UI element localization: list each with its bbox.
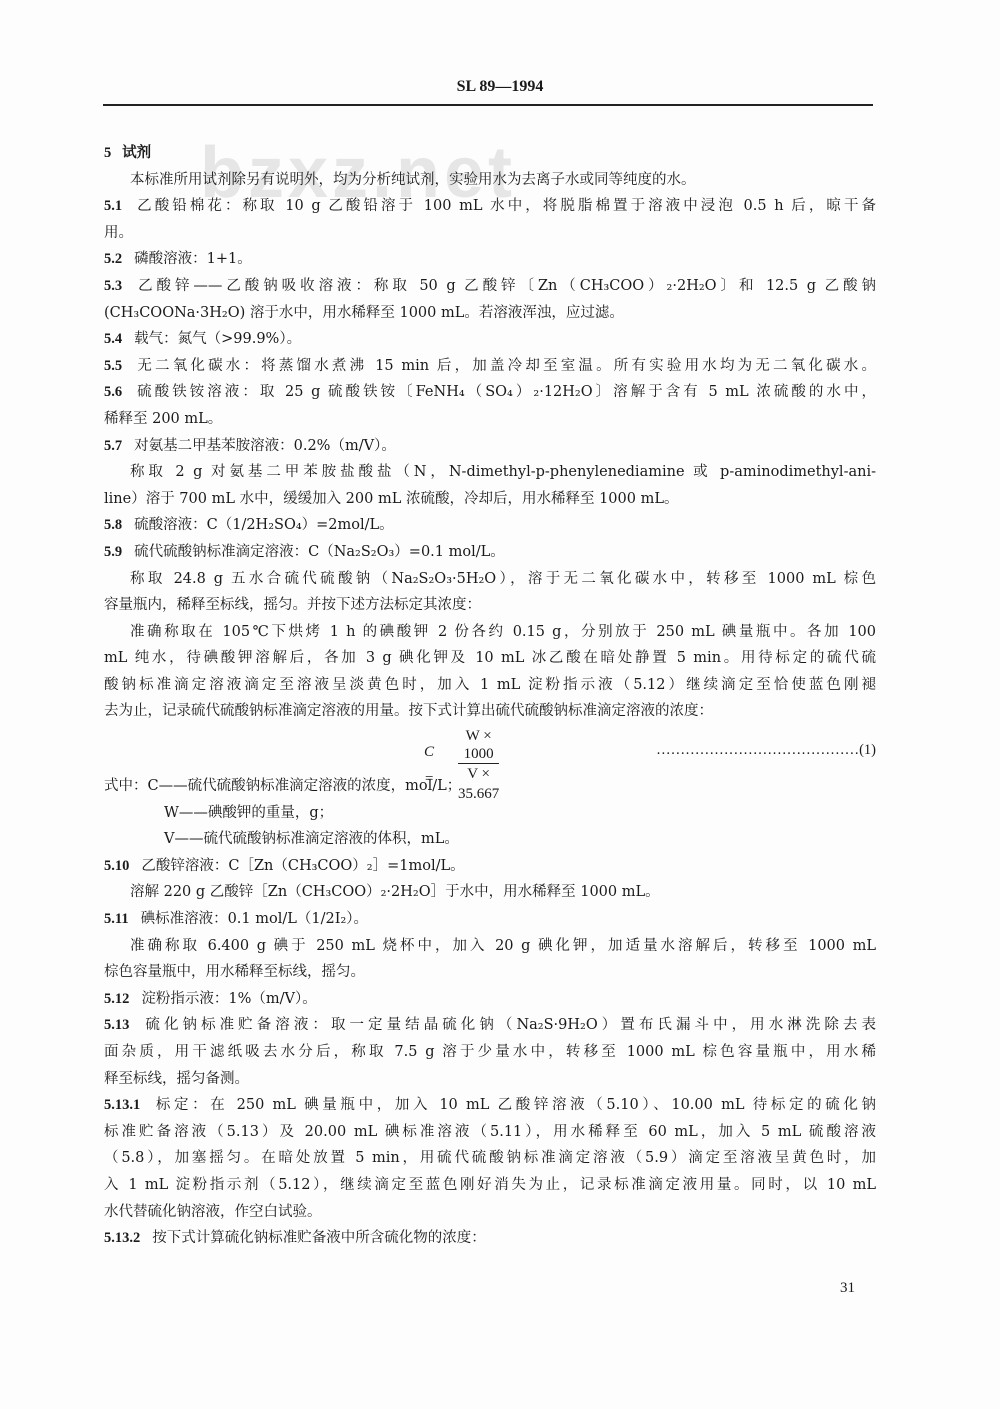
text-line: 准确称取在 105℃下烘烤 1 h 的碘酸钾 2 份各约 0.15 g，分别放于… [104, 619, 876, 646]
line-text: W——碘酸钾的重量，g； [164, 805, 333, 821]
formula-lhs: C = [424, 739, 434, 792]
line-text: 容量瓶内，稀释至标线，摇匀。并按下述方法标定其浓度： [104, 597, 481, 613]
document-body: 5 试剂 本标准所用试剂除另有说明外，均为分析纯试剂，实验用水为去离子水或同等纯… [104, 140, 876, 1252]
section-heading: 5 试剂 [104, 140, 876, 167]
text-line: 标准贮备溶液（5.13）及 20.00 mL 碘标准溶液（5.11），用水稀释至… [104, 1119, 876, 1146]
text-line: 准确称取 6.400 g 碘于 250 mL 烧杯中，加入 20 g 碘化钾，加… [104, 933, 876, 960]
text-line: V——硫代硫酸钠标准滴定溶液的体积，mL。 [104, 826, 876, 853]
line-text: 去为止，记录硫代硫酸钠标准滴定溶液的用量。按下式计算出硫代硫酸钠标准滴定溶液的浓… [104, 703, 713, 719]
line-text: 碘标准溶液：0.1 mol/L（1/2I₂）。 [141, 911, 368, 927]
clause-line: 5.4载气：氮气（>99.9%）。 [104, 326, 876, 353]
text-line: 溶解 220 g 乙酸锌［Zn（CH₃COO）₂·2H₂O］于水中，用水稀释至 … [104, 879, 876, 906]
line-text: V——硫代硫酸钠标准滴定溶液的体积，mL。 [164, 831, 459, 847]
line-text: 释至标线，摇匀备测。 [104, 1071, 249, 1087]
clause-number: 5.10 [104, 853, 129, 880]
text-line: 酸钠标准滴定溶液滴定至溶液呈淡黄色时，加入 1 mL 淀粉指示液（5.12）继续… [104, 672, 876, 699]
line-text: 称取 2 g 对氨基二甲苯胺盐酸盐（N，N-dimethyl-p-phenyle… [130, 464, 876, 480]
line-text: 硫酸溶液：C（1/2H₂SO₄）=2mol/L。 [134, 517, 394, 533]
line-text: 乙酸锌——乙酸钠吸收溶液：称取 50 g 乙酸锌〔Zn（CH₃COO）₂·2H₂… [134, 278, 876, 294]
text-line: 称取 24.8 g 五水合硫代硫酸钠（Na₂S₂O₃·5H₂O），溶于无二氧化碳… [104, 566, 876, 593]
clause-line: 5.6硫酸铁铵溶液：取 25 g 硫酸铁铵〔FeNH₄（SO₄）₂·12H₂O〕… [104, 379, 876, 406]
line-text: 对氨基二甲基苯胺溶液：0.2%（m/V）。 [134, 438, 396, 454]
clause-line: 5.13.2按下式计算硫化钠标准贮备液中所含硫化物的浓度： [104, 1225, 876, 1252]
line-text: 乙酸锌溶液：C［Zn（CH₃COO）₂］=1mol/L。 [141, 858, 464, 874]
formula-numerator: W × 1000 [458, 727, 499, 764]
clause-line: 5.12淀粉指示液：1%（m/V）。 [104, 986, 876, 1013]
line-text: mL 纯水，待碘酸钾溶解后，各加 3 g 碘化钾及 10 mL 冰乙酸在暗处静置… [104, 650, 876, 666]
reagent-list-1: 5.1乙酸铅棉花：称取 10 g 乙酸铅溶于 100 mL 水中，将脱脂棉置于溶… [104, 193, 876, 725]
clause-line: 5.8硫酸溶液：C（1/2H₂SO₄）=2mol/L。 [104, 512, 876, 539]
line-text: 标准贮备溶液（5.13）及 20.00 mL 碘标准溶液（5.11），用水稀释至… [104, 1124, 876, 1140]
text-line: (CH₃COONa·3H₂O) 溶于水中，用水稀释至 1000 mL。若溶液浑浊… [104, 300, 876, 327]
text-line: line）溶于 700 mL 水中，缓缓加入 200 mL 浓硫酸，冷却后，用水… [104, 486, 876, 513]
clause-number: 5.5 [104, 353, 122, 380]
intro-paragraph: 本标准所用试剂除另有说明外，均为分析纯试剂，实验用水为去离子水或同等纯度的水。 [104, 167, 876, 194]
page-number: 31 [840, 1280, 855, 1297]
text-line: 稀释至 200 mL。 [104, 406, 876, 433]
line-text: 乙酸铅棉花：称取 10 g 乙酸铅溶于 100 mL 水中，将脱脂棉置于溶液中浸… [134, 198, 876, 214]
clause-number: 5.12 [104, 986, 129, 1013]
standard-code-header: SL 89—1994 [0, 78, 1000, 96]
clause-line: 5.11碘标准溶液：0.1 mol/L（1/2I₂）。 [104, 906, 876, 933]
line-text: （5.8），加塞摇匀。在暗处放置 5 min，用硫代硫酸钠标准滴定溶液（5.9）… [104, 1150, 876, 1166]
line-text: 用。 [104, 225, 133, 241]
clause-number: 5.8 [104, 512, 122, 539]
text-line: 面杂质，用干滤纸吸去水分后，称取 7.5 g 溶于少量水中，转移至 1000 m… [104, 1039, 876, 1066]
text-line: 水代替硫化钠溶液，作空白试验。 [104, 1199, 876, 1226]
reagent-list-2: 5.10乙酸锌溶液：C［Zn（CH₃COO）₂］=1mol/L。溶解 220 g… [104, 853, 876, 1252]
clause-number: 5.11 [104, 906, 129, 933]
line-text: 稀释至 200 mL。 [104, 411, 222, 427]
text-line: 称取 2 g 对氨基二甲苯胺盐酸盐（N，N-dimethyl-p-phenyle… [104, 459, 876, 486]
text-line: 释至标线，摇匀备测。 [104, 1066, 876, 1093]
line-text: 准确称取 6.400 g 碘于 250 mL 烧杯中，加入 20 g 碘化钾，加… [130, 938, 876, 954]
clause-line: 5.1乙酸铅棉花：称取 10 g 乙酸铅溶于 100 mL 水中，将脱脂棉置于溶… [104, 193, 876, 220]
line-text: 准确称取在 105℃下烘烤 1 h 的碘酸钾 2 份各约 0.15 g，分别放于… [130, 624, 876, 640]
line-text: 入 1 mL 淀粉指示剂（5.12），继续滴定至蓝色刚好消失为止，记录标准滴定液… [104, 1177, 876, 1193]
line-text: 磷酸溶液：1+1。 [134, 251, 252, 267]
clause-number: 5.13.1 [104, 1092, 140, 1119]
clause-number: 5.13 [104, 1012, 129, 1039]
text-line: 用。 [104, 220, 876, 247]
line-text: 载气：氮气（>99.9%）。 [134, 331, 301, 347]
document-page: SL 89—1994 bzxz.net 5 试剂 本标准所用试剂除另有说明外，均… [0, 0, 1000, 1409]
formula-1: C = W × 1000 V × 35.667 ……………………………………(1… [104, 725, 876, 773]
clause-number: 5.4 [104, 326, 122, 353]
line-text: 水代替硫化钠溶液，作空白试验。 [104, 1204, 322, 1220]
clause-number: 5.6 [104, 379, 122, 406]
clause-number: 5.2 [104, 246, 122, 273]
line-text: 面杂质，用干滤纸吸去水分后，称取 7.5 g 溶于少量水中，转移至 1000 m… [104, 1044, 876, 1060]
line-text: 按下式计算硫化钠标准贮备液中所含硫化物的浓度： [152, 1230, 486, 1246]
section-number: 5 [104, 145, 111, 161]
text-line: 容量瓶内，稀释至标线，摇匀。并按下述方法标定其浓度： [104, 592, 876, 619]
clause-line: 5.3乙酸锌——乙酸钠吸收溶液：称取 50 g 乙酸锌〔Zn（CH₃COO）₂·… [104, 273, 876, 300]
text-line: （5.8），加塞摇匀。在暗处放置 5 min，用硫代硫酸钠标准滴定溶液（5.9）… [104, 1145, 876, 1172]
line-text: (CH₃COONa·3H₂O) 溶于水中，用水稀释至 1000 mL。若溶液浑浊… [104, 305, 624, 321]
clause-number: 5.13.2 [104, 1225, 140, 1252]
clause-number: 5.3 [104, 273, 122, 300]
text-line: 入 1 mL 淀粉指示剂（5.12），继续滴定至蓝色刚好消失为止，记录标准滴定液… [104, 1172, 876, 1199]
line-text: 酸钠标准滴定溶液滴定至溶液呈淡黄色时，加入 1 mL 淀粉指示液（5.12）继续… [104, 677, 876, 693]
clause-line: 5.2磷酸溶液：1+1。 [104, 246, 876, 273]
text-line: 去为止，记录硫代硫酸钠标准滴定溶液的用量。按下式计算出硫代硫酸钠标准滴定溶液的浓… [104, 698, 876, 725]
line-text: 称取 24.8 g 五水合硫代硫酸钠（Na₂S₂O₃·5H₂O），溶于无二氧化碳… [130, 571, 876, 587]
line-text: 无二氧化碳水：将蒸馏水煮沸 15 min 后，加盖冷却至室温。所有实验用水均为无… [134, 358, 876, 374]
clause-line: 5.5无二氧化碳水：将蒸馏水煮沸 15 min 后，加盖冷却至室温。所有实验用水… [104, 353, 876, 380]
line-text: line）溶于 700 mL 水中，缓缓加入 200 mL 浓硫酸，冷却后，用水… [104, 491, 678, 507]
line-text: 硫酸铁铵溶液：取 25 g 硫酸铁铵〔FeNH₄（SO₄）₂·12H₂O〕溶解于… [134, 384, 876, 400]
clause-line: 5.13硫化钠标准贮备溶液：取一定量结晶硫化钠（Na₂S·9H₂O）置布氏漏斗中… [104, 1012, 876, 1039]
clause-line: 5.7对氨基二甲基苯胺溶液：0.2%（m/V）。 [104, 433, 876, 460]
text-line: mL 纯水，待碘酸钾溶解后，各加 3 g 碘化钾及 10 mL 冰乙酸在暗处静置… [104, 645, 876, 672]
line-text: 淀粉指示液：1%（m/V）。 [141, 991, 316, 1007]
clause-line: 5.9硫代硫酸钠标准滴定溶液：C（Na₂S₂O₃）=0.1 mol/L。 [104, 539, 876, 566]
clause-number: 5.9 [104, 539, 122, 566]
clause-number: 5.1 [104, 193, 122, 220]
clause-line: 5.10乙酸锌溶液：C［Zn（CH₃COO）₂］=1mol/L。 [104, 853, 876, 880]
line-text: 棕色容量瓶中，用水稀释至标线，摇匀。 [104, 964, 365, 980]
text-line: 棕色容量瓶中，用水稀释至标线，摇匀。 [104, 959, 876, 986]
header-rule [103, 104, 873, 106]
line-text: 式中：C——硫代硫酸钠标准滴定溶液的浓度，mol/L； [104, 778, 461, 794]
clause-line: 5.13.1标定：在 250 mL 碘量瓶中，加入 10 mL 乙酸锌溶液（5.… [104, 1092, 876, 1119]
formula-denominator: V × 35.667 [458, 764, 499, 804]
formula-number: ……………………………………(1) [656, 737, 876, 764]
line-text: 硫代硫酸钠标准滴定溶液：C（Na₂S₂O₃）=0.1 mol/L。 [134, 544, 505, 560]
line-text: 硫化钠标准贮备溶液：取一定量结晶硫化钠（Na₂S·9H₂O）置布氏漏斗中，用水淋… [141, 1017, 876, 1033]
line-text: 标定：在 250 mL 碘量瓶中，加入 10 mL 乙酸锌溶液（5.10）、10… [152, 1097, 876, 1113]
line-text: 溶解 220 g 乙酸锌［Zn（CH₃COO）₂·2H₂O］于水中，用水稀释至 … [130, 884, 660, 900]
clause-number: 5.7 [104, 433, 122, 460]
section-title: 试剂 [122, 145, 151, 161]
